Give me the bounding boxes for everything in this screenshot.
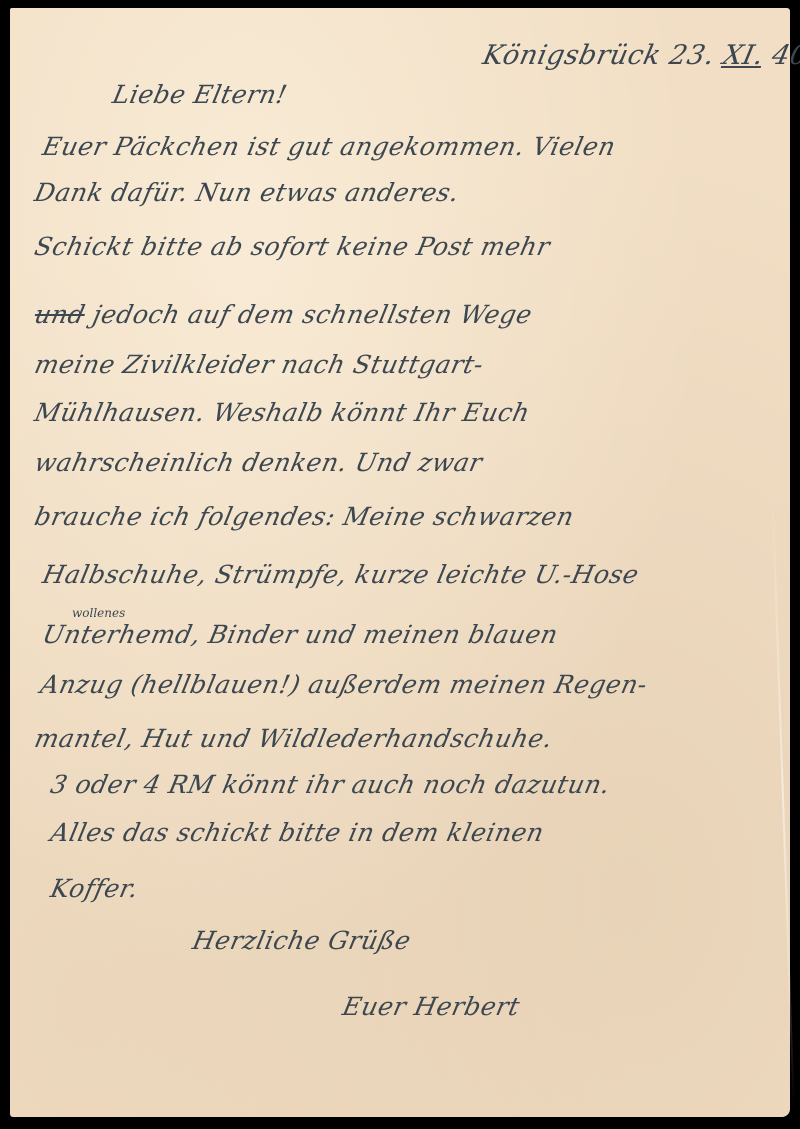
body-line-4: und jedoch auf dem schnellsten Wege (32, 300, 535, 329)
body-line-1: Euer Päckchen ist gut angekommen. Vielen (40, 132, 618, 161)
place: Königsbrück (480, 40, 664, 71)
body-line-6: Mühlhausen. Weshalb könnt Ihr Euch (32, 398, 533, 427)
paper-crease (771, 488, 795, 1108)
body-line-9: Halbschuhe, Strümpfe, kurze leichte U.-H… (40, 560, 642, 589)
body-line-4-text: jedoch auf dem schnellsten Wege (90, 300, 535, 329)
day: 23. (667, 40, 718, 71)
month: XI. (720, 40, 767, 71)
struck-word: und (32, 300, 88, 329)
body-line-14: Alles das schickt bitte in dem kleinen (48, 818, 547, 847)
body-line-2: Dank dafür. Nun etwas anderes. (32, 178, 462, 207)
signature: Euer Herbert (340, 992, 523, 1021)
body-line-15: Koffer. (48, 874, 141, 903)
postcard: Königsbrück 23. XI. 40. Liebe Eltern! Eu… (10, 8, 790, 1117)
body-line-5: meine Zivilkleider nach Stuttgart- (32, 350, 486, 379)
place-date: Königsbrück 23. XI. 40. (480, 40, 800, 71)
superscript-insertion: wollenes (72, 606, 125, 620)
year: 40. (769, 40, 800, 71)
body-line-3: Schickt bitte ab sofort keine Post mehr (32, 232, 553, 261)
body-line-11: Anzug (hellblauen!) außerdem meinen Rege… (38, 670, 650, 699)
body-line-13: 3 oder 4 RM könnt ihr auch noch dazutun. (48, 770, 613, 799)
body-line-8: brauche ich folgendes: Meine schwarzen (32, 502, 577, 531)
closing: Herzliche Grüße (190, 926, 414, 955)
salutation: Liebe Eltern! (110, 80, 290, 109)
body-line-10: Unterhemd, Binder und meinen blauen (40, 620, 561, 649)
body-line-7: wahrscheinlich denken. Und zwar (32, 448, 485, 477)
body-line-12: mantel, Hut und Wildlederhandschuhe. (32, 724, 555, 753)
